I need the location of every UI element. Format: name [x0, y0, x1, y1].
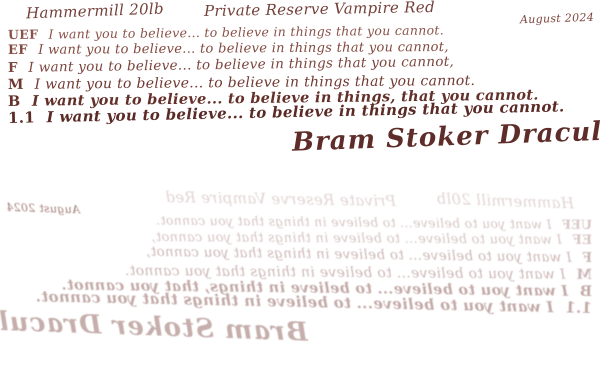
- nib-size-label: F: [8, 60, 18, 76]
- signature: Bram Stoker Dracula: [292, 116, 600, 157]
- showthrough-line: F I want you to believe... to believe in…: [146, 244, 592, 266]
- showthrough-line: M I want you to believe... to believe in…: [125, 263, 592, 283]
- date-label: August 2024: [520, 11, 594, 27]
- ink-test-sheet: Hammermill 20lb Private Reserve Vampire …: [0, 0, 600, 366]
- showthrough-quote-text: I want you to believe... to believe in t…: [125, 263, 566, 283]
- showthrough-nib-label: UEF: [562, 217, 592, 232]
- showthrough-nib-label: M: [576, 267, 592, 283]
- nib-size-label: 1.1: [8, 108, 35, 127]
- showthrough-line: B I want you to believe... to believe in…: [61, 277, 592, 300]
- showthrough-quote-text: I want you to believe... to believe in t…: [146, 244, 572, 266]
- showthrough-nib-label: EF: [572, 233, 592, 248]
- showthrough-line: 1.1 I want you to believe... to believe …: [35, 287, 592, 317]
- showthrough-nib-label: F: [582, 250, 592, 266]
- showthrough-paper-name: Hammermill 20lb: [436, 190, 574, 213]
- showthrough-quote-text: I want you to believe... to believe in t…: [35, 287, 553, 316]
- showthrough-line: UEF I want you to believe... to believe …: [156, 212, 592, 232]
- showthrough-ink-name: Private Reserve Vampire Red: [165, 188, 396, 210]
- paper-name-label: Hammermill 20lb: [26, 0, 164, 22]
- nib-test-line-uef: UEF I want you to believe... to believe …: [8, 22, 444, 42]
- front-writing-section: Hammermill 20lb Private Reserve Vampire …: [0, 0, 600, 170]
- showthrough-quote-text: I want you to believe... to believe in t…: [61, 277, 568, 300]
- ink-name-label: Private Reserve Vampire Red: [204, 0, 435, 20]
- showthrough-section: Hammermill 20lb Private Reserve Vampire …: [0, 190, 600, 366]
- showthrough-quote-text: I want you to believe... to believe in t…: [151, 230, 562, 248]
- showthrough-date: August 2024: [6, 201, 80, 217]
- quote-text: I want you to believe... to believe in t…: [48, 22, 444, 41]
- showthrough-quote-text: I want you to believe... to believe in t…: [156, 212, 552, 231]
- showthrough-nib-label: 1.1: [565, 298, 592, 317]
- nib-size-label: B: [8, 93, 21, 110]
- nib-size-label: M: [8, 77, 24, 93]
- nib-size-label: EF: [8, 43, 28, 58]
- nib-size-label: UEF: [8, 27, 38, 42]
- showthrough-signature: Bram Stoker Dracula: [0, 306, 308, 347]
- showthrough-nib-label: B: [579, 283, 592, 300]
- showthrough-line: EF I want you to believe... to believe i…: [151, 230, 592, 248]
